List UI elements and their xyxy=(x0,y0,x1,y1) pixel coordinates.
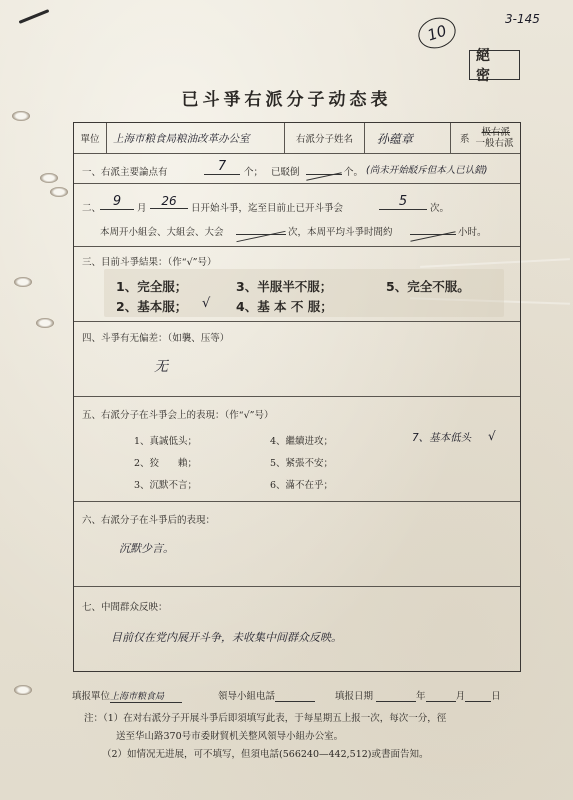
year-field[interactable] xyxy=(376,690,416,702)
hours-unit: 小时。 xyxy=(458,224,487,238)
behavior-option-7-handwritten[interactable]: 7、基本低头 xyxy=(412,430,471,445)
section-2-row: 二、 9 月 26 日开始斗爭，迄至目前止已开斗爭会 5 次。 本周开小組会、大… xyxy=(74,184,520,247)
refuted-label: 已駁倒 xyxy=(271,164,300,178)
name-label-cell: 右派分子姓名 xyxy=(285,123,365,153)
result-option-3[interactable]: 3、半服半不服； xyxy=(236,277,332,295)
section-3-row: 三、目前斗爭結果：（作“√”号） 1、完全服； 2、基本服； √ 3、半服半不服… xyxy=(74,247,520,322)
result-option-2-checkmark: √ xyxy=(202,296,210,311)
month-label: 月 xyxy=(137,200,147,214)
footer-note-1-line-2: 送至华山路370号市委財貿机关整风領导小組办公室。 xyxy=(116,728,343,742)
weekly-meetings-label: 本周开小組会、大組会、大会 xyxy=(100,224,224,238)
name-value-cell[interactable]: 孙蕴章 xyxy=(365,123,451,153)
section-6-answer[interactable]: 沉默少言。 xyxy=(119,540,174,556)
section-5-row: 五、右派分子在斗爭会上的表現：（作“√”号） 1、真誠低头； 2、狡 賴； 3、… xyxy=(74,397,520,502)
unit-label: 單位 xyxy=(80,131,99,145)
punch-hole xyxy=(14,277,32,287)
behavior-option-4[interactable]: 4、繼續进攻； xyxy=(270,433,333,447)
section-1-prefix: 一、右派主要論点有 xyxy=(82,164,168,178)
section-6-heading: 六、右派分子在斗爭后的表現： xyxy=(82,512,215,526)
punch-hole xyxy=(40,173,58,183)
footer-note-1-line-1: 注：（1）在对右派分子开展斗爭后即須填写此表，于每星期五上报一次，每次一分，徑 xyxy=(84,710,446,724)
day-label: 日开始斗爭，迄至目前止已开斗爭会 xyxy=(191,200,343,214)
punch-hole xyxy=(12,111,30,121)
footer-note-2: （2）如情况无进展，可不填写，但須电話(566240—442,512)或書面告知… xyxy=(102,746,429,760)
section-4-row: 四、斗爭有无偏差：（如襲、压等） 无 xyxy=(74,322,520,397)
section-7-answer[interactable]: 目前仅在党内展开斗争，未收集中间群众反映。 xyxy=(111,629,342,645)
behavior-option-2[interactable]: 2、狡 賴； xyxy=(134,455,197,469)
date-label: 填报日期 xyxy=(335,691,373,702)
punch-hole xyxy=(14,685,32,695)
section-4-heading: 四、斗爭有无偏差：（如襲、压等） xyxy=(82,330,229,344)
section-1-row: 一、右派主要論点有 7 个； 已駁倒 个。 (尚未开始駁斥但本人已认錯) xyxy=(74,154,520,184)
classification-stamp: 絕 密 xyxy=(469,50,520,80)
rightist-name-value: 孙蕴章 xyxy=(377,130,413,147)
behavior-option-1[interactable]: 1、真誠低头； xyxy=(134,433,197,447)
year-label: 年 xyxy=(416,691,426,702)
day-field[interactable] xyxy=(465,690,491,702)
section-2-prefix: 二、 xyxy=(82,200,101,214)
category-option-general: 一般右派 xyxy=(476,138,514,149)
refuted-field[interactable] xyxy=(306,162,342,175)
start-day-field[interactable]: 26 xyxy=(150,194,188,209)
behavior-option-3[interactable]: 3、沉默不言； xyxy=(134,477,197,491)
file-number: 3-145 xyxy=(505,12,540,26)
avg-hours-field[interactable] xyxy=(410,222,456,235)
footer-reporting-line: 填报單位上海市粮食局 xyxy=(72,688,182,703)
punch-hole xyxy=(50,187,68,197)
behavior-option-7-checkmark: √ xyxy=(488,429,496,443)
behavior-option-6[interactable]: 6、滿不在乎； xyxy=(270,477,333,491)
form-table: 單位 上海市粮食局粮油改革办公室 右派分子姓名 孙蕴章 系 极右派 一般右派 一… xyxy=(73,122,521,672)
category-cell[interactable]: 系 极右派 一般右派 xyxy=(451,123,522,153)
meetings-count-field[interactable]: 5 xyxy=(379,194,427,210)
reporting-unit-label: 填报單位 xyxy=(72,691,110,702)
section-5-heading: 五、右派分子在斗爭会上的表現：（作“√”号） xyxy=(82,407,274,421)
reporting-unit-field[interactable]: 上海市粮食局 xyxy=(110,689,182,703)
section-3-heading: 三、目前斗爭結果：（作“√”号） xyxy=(82,254,217,268)
unit-value: 上海市粮食局粮油改革办公室 xyxy=(113,131,250,146)
unit-value-cell[interactable]: 上海市粮食局粮油改革办公室 xyxy=(107,123,285,153)
category-option-extreme: 极右派 xyxy=(476,127,514,138)
result-option-2[interactable]: 2、基本服； xyxy=(116,297,187,315)
result-option-4[interactable]: 4、基 本 不 服； xyxy=(236,297,333,315)
unit-label-cell: 單位 xyxy=(74,123,107,153)
section-4-answer[interactable]: 无 xyxy=(154,356,168,376)
footer-phone: 領导小組电話 xyxy=(218,688,315,702)
note-prefix: 注： xyxy=(84,713,103,724)
punch-hole xyxy=(36,318,54,328)
month-field[interactable] xyxy=(426,690,456,702)
section-7-row: 七、中間群众反映： 目前仅在党内展开斗争，未收集中间群众反映。 xyxy=(74,587,520,673)
category-label: 系 xyxy=(460,131,470,145)
meetings-unit: 次。 xyxy=(430,200,449,214)
section-6-row: 六、右派分子在斗爭后的表現： 沉默少言。 xyxy=(74,502,520,587)
refuted-unit: 个。 xyxy=(344,164,363,178)
points-unit: 个； xyxy=(244,164,263,178)
document-title: 已斗爭右派分子动态表 xyxy=(0,85,573,110)
avg-time-label: 次，本周平均斗爭时間約 xyxy=(288,224,393,238)
phone-label: 領导小組电話 xyxy=(218,691,275,702)
start-month-field[interactable]: 9 xyxy=(100,194,134,210)
weekly-meetings-field[interactable] xyxy=(236,222,286,235)
phone-field[interactable] xyxy=(275,690,315,702)
section-7-heading: 七、中間群众反映： xyxy=(82,599,168,613)
rightist-name-label: 右派分子姓名 xyxy=(296,131,353,145)
header-row: 單位 上海市粮食局粮油改革办公室 右派分子姓名 孙蕴章 系 极右派 一般右派 xyxy=(74,123,520,154)
section-1-note: (尚未开始駁斥但本人已认錯) xyxy=(366,162,487,176)
footer-date: 填报日期 年月日 xyxy=(335,688,501,702)
note-1-text: （1）在对右派分子开展斗爭后即須填写此表，于每星期五上报一次，每次一分，徑 xyxy=(103,713,446,724)
result-option-1[interactable]: 1、完全服； xyxy=(116,277,187,295)
points-count-field[interactable]: 7 xyxy=(204,159,240,175)
day-label: 日 xyxy=(491,691,501,702)
month-label: 月 xyxy=(456,691,466,702)
result-option-5[interactable]: 5、完全不服。 xyxy=(386,277,470,295)
behavior-option-5[interactable]: 5、紧張不安； xyxy=(270,455,333,469)
